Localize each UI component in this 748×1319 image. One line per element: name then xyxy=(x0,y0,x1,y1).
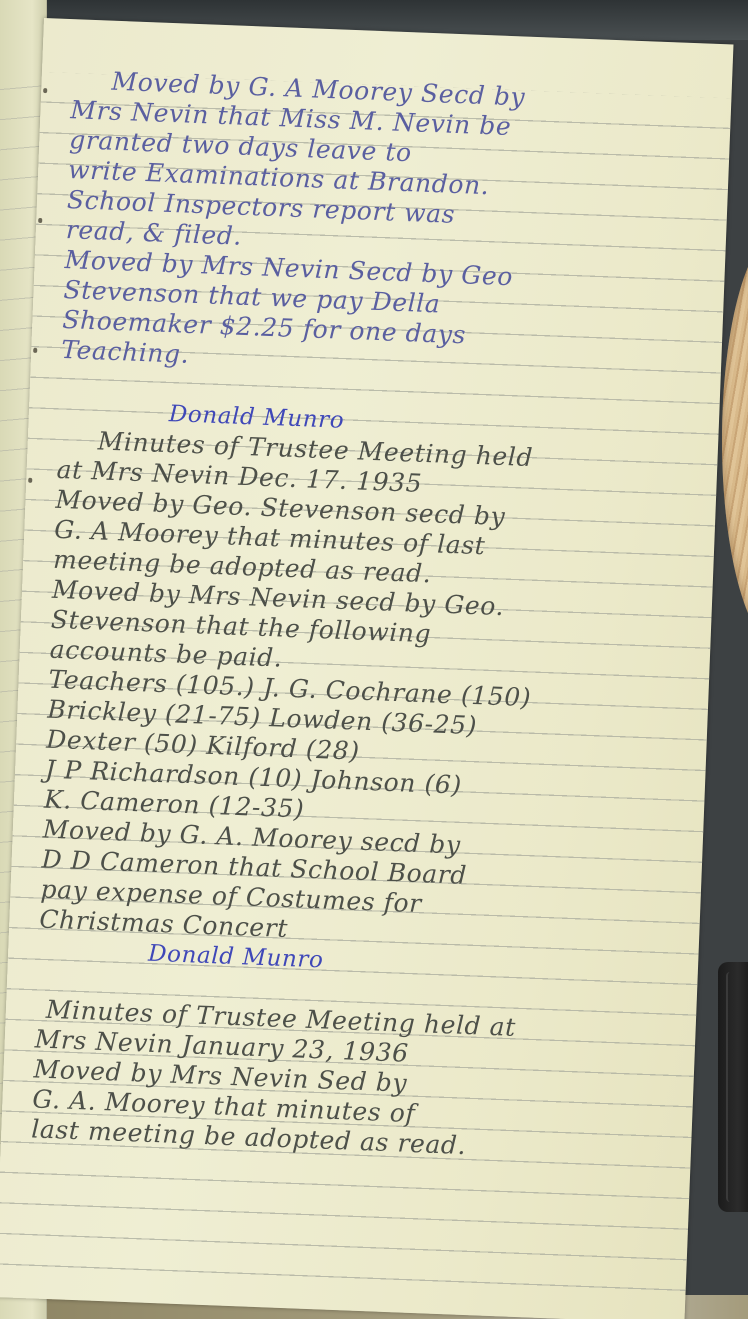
device-bezel xyxy=(726,972,748,1202)
entry-leave-and-teaching-payment: Moved by G. A Moorey Secd by Mrs Nevin t… xyxy=(61,65,722,390)
binding-stitch xyxy=(33,348,37,353)
binding-stitch xyxy=(28,478,32,483)
binding-stitch xyxy=(38,218,42,223)
binding-stitch xyxy=(43,88,47,93)
entry-jan-23-1936-minutes: Minutes of Trustee Meeting held at Mrs N… xyxy=(31,994,686,1169)
handwritten-text: Moved by G. A Moorey Secd by Mrs Nevin t… xyxy=(31,65,722,1169)
entry-dec-17-1935-minutes: Minutes of Trustee Meeting held at Mrs N… xyxy=(39,425,708,960)
notebook-page: Moved by G. A Moorey Secd by Mrs Nevin t… xyxy=(0,18,733,1319)
wooden-object xyxy=(722,230,748,650)
black-device-edge xyxy=(718,962,748,1212)
